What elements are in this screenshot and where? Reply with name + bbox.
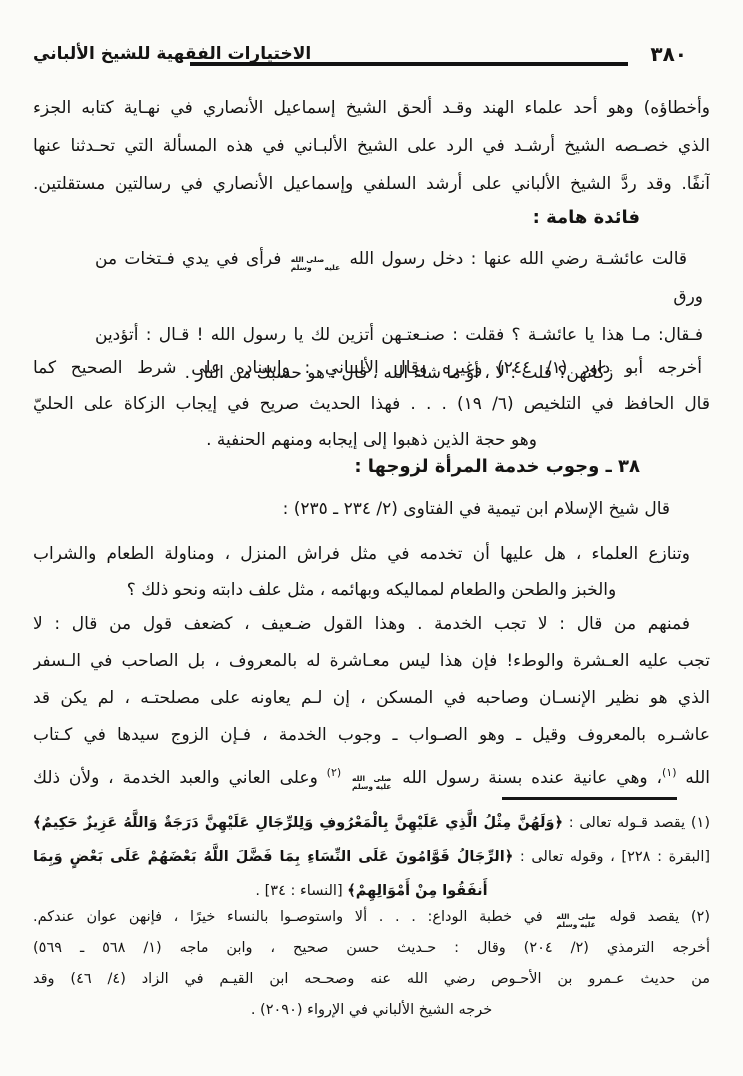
quran-quote: ﴿الرِّجَالُ قَوَّامُونَ عَلَى النِّسَاءِ… xyxy=(33,849,513,865)
takhrij-paragraph: أخرجه أبو داود (١/ ٢٤٤) وغيره وقال الألب… xyxy=(33,350,710,458)
text-line: قالت عائشـة رضي الله عنها : دخل رسول الل… xyxy=(95,240,703,316)
page-number: ٣٨٠ xyxy=(650,42,687,66)
text-line: (١) يقصد قـوله تعالى : ﴿وَلَهُنَّ مِثْلُ… xyxy=(33,806,710,840)
footnote-1: (١) يقصد قـوله تعالى : ﴿وَلَهُنَّ مِثْلُ… xyxy=(33,806,710,908)
section-heading: ٣٨ ـ وجوب خدمة المرأة لزوجها : xyxy=(33,452,710,482)
footnote-divider xyxy=(502,797,677,800)
page-header: الاختيارات الفقهية للشيخ الألباني ٣٨٠ xyxy=(33,42,715,78)
text-line: أخرجه أبو داود (١/ ٢٤٤) وغيره وقال الألب… xyxy=(33,350,710,386)
text-line: فـقال: مـا هذا يا عائشـة ؟ فقلت : صنـعتـ… xyxy=(95,316,703,354)
footnote-2: (٢) يقصد قوله صلى اللهعليه وسلم في خطبة … xyxy=(33,902,710,1026)
header-rule xyxy=(190,62,628,66)
text-line: الذي خصـصه الشيخ أرشـد في الرد على الشيخ… xyxy=(33,127,710,165)
text-line: [البقرة : ٢٢٨] ، وقوله تعالى : ﴿الرِّجَا… xyxy=(33,840,710,874)
text-line: قال الحافظ في التلخيص (٦/ ١٩) . . . فهذا… xyxy=(33,386,710,422)
benefit-heading: فائدة هامة : xyxy=(33,203,710,233)
text-line: (٢) يقصد قوله صلى اللهعليه وسلم في خطبة … xyxy=(33,902,710,933)
text-line: تجب عليه العـشرة والوطء! فإن هذا ليس معـ… xyxy=(33,643,710,680)
text-line: خرجه الشيخ الألباني في الإرواء (٢٠٩٠) . xyxy=(33,995,710,1026)
attribution-line: قال شيخ الإسلام ابن تيمية في الفتاوى (٢/… xyxy=(33,494,710,524)
text-line: فمنهم من قال : لا تجب الخدمة . وهذا القو… xyxy=(33,606,710,643)
text-line: وتنازع العلماء ، هل عليها أن تخدمه في مث… xyxy=(33,536,710,572)
dispute-paragraph: وتنازع العلماء ، هل عليها أن تخدمه في مث… xyxy=(33,536,710,608)
text-line: آنفًا. وقد ردَّ الشيخ الألباني على أرشد … xyxy=(33,165,710,203)
quran-quote: أَنفَقُوا مِنْ أَمْوَالِهِمْ﴾ xyxy=(347,883,487,899)
book-title: الاختيارات الفقهية للشيخ الألباني xyxy=(33,44,311,64)
text-line: الذي هو نظير الإنسـان وصاحبه في المسكن ،… xyxy=(33,680,710,717)
continuation-paragraph: وأخطاؤه) وهو أحد علماء الهند وقـد ألحق ا… xyxy=(33,89,710,203)
footnote-ref-2: (٢) xyxy=(327,766,342,779)
text-line: وأخطاؤه) وهو أحد علماء الهند وقـد ألحق ا… xyxy=(33,89,710,127)
text-line: أخرجه الترمذي (٢/ ٢٠٤) وقال : حـديث حسن … xyxy=(33,933,710,964)
quran-quote: ﴿وَلَهُنَّ مِثْلُ الَّذِي عَلَيْهِنَّ بِ… xyxy=(33,815,563,831)
book-page: الاختيارات الفقهية للشيخ الألباني ٣٨٠ وأ… xyxy=(0,0,743,1076)
pbuh-symbol: صلى اللهعليه وسلم xyxy=(352,775,391,791)
footnote-ref-1: (١) xyxy=(662,766,677,779)
pbuh-symbol: صلى اللهعليه وسلم xyxy=(291,256,341,272)
text-line: عاشـره بالمعروف وقيل ـ وهو الصـواب ـ وجو… xyxy=(33,717,710,754)
text-line: من حديث عـمرو بن الأحـوص رضي الله عنه وص… xyxy=(33,964,710,995)
pbuh-symbol: صلى اللهعليه وسلم xyxy=(556,913,595,929)
opinion-paragraph: فمنهم من قال : لا تجب الخدمة . وهذا القو… xyxy=(33,606,710,797)
text-line: الله (١)، وهي عانية عنده بسنة رسول الله … xyxy=(33,754,710,797)
text-line: والخبز والطحن والطعام لمماليكه وبهائمه ،… xyxy=(33,572,710,608)
